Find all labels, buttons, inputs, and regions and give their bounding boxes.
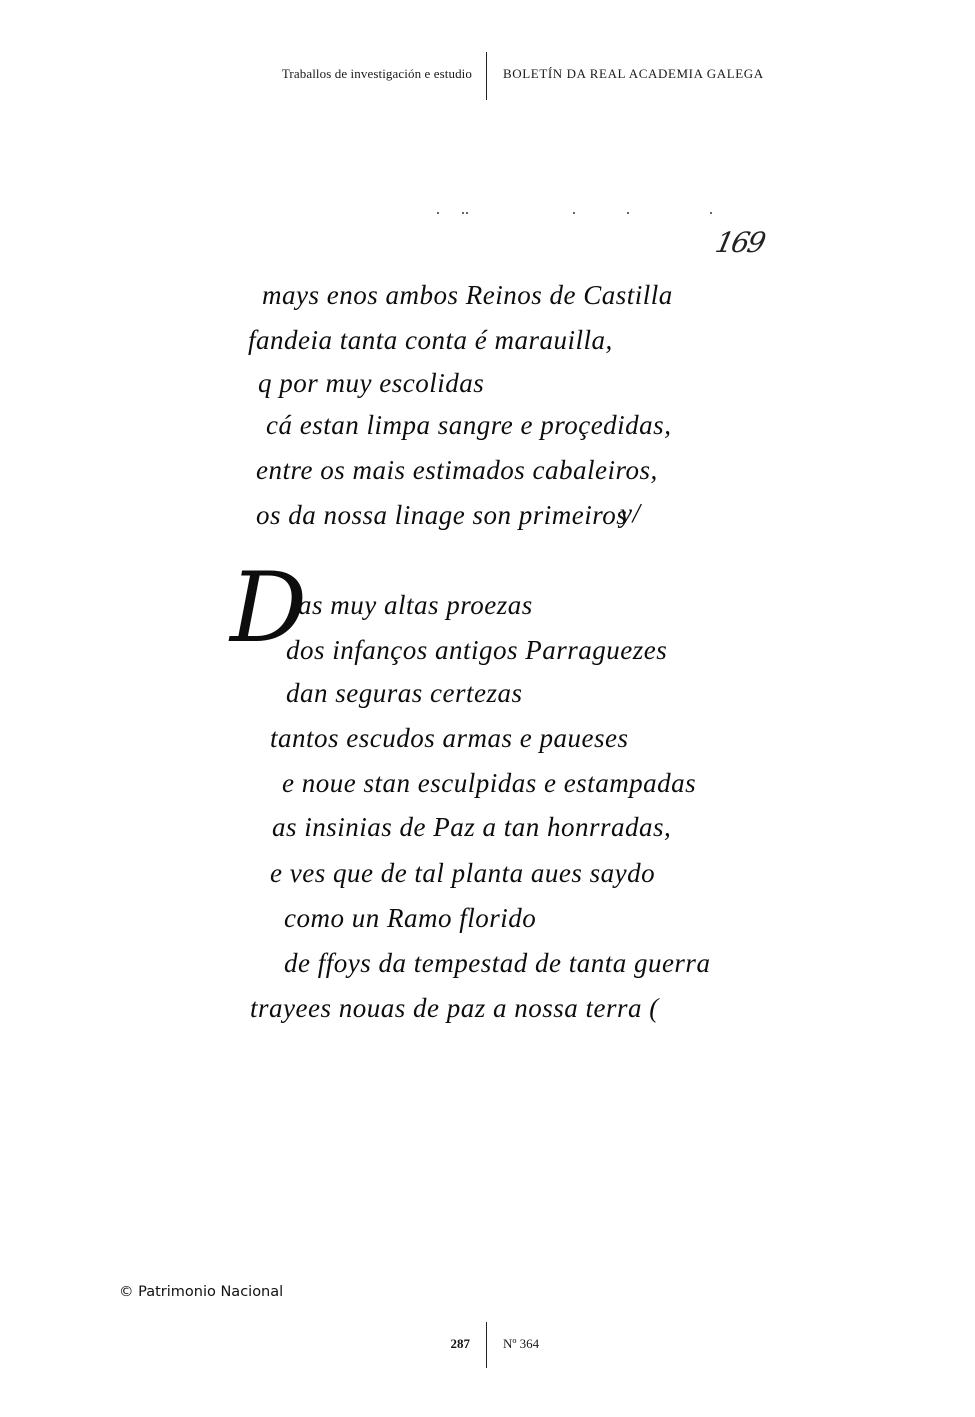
image-credit: © Patrimonio Nacional xyxy=(119,1284,283,1300)
issue-number: Nº 364 xyxy=(503,1336,539,1352)
folio-number: 169 xyxy=(712,226,766,259)
manuscript-line: os da nossa linage son primeiros xyxy=(256,500,627,531)
manuscript-line: cá estan limpa sangre e proçedidas, xyxy=(266,410,671,441)
manuscript-line: trayees nouas de paz a nossa terra ( xyxy=(250,993,659,1024)
manuscript-line: mays enos ambos Reinos de Castilla xyxy=(262,280,673,311)
manuscript-line: tantos escudos armas e paueses xyxy=(270,723,628,754)
manuscript-line: e ves que de tal planta aues saydo xyxy=(270,858,655,889)
manuscript-facsimile: 169 mays enos ambos Reinos de Castilla f… xyxy=(0,0,975,1100)
page-number: 287 xyxy=(451,1336,471,1352)
manuscript-line: as insinias de Paz a tan honrradas, xyxy=(272,812,671,843)
manuscript-line: dos infanços antigos Parraguezes xyxy=(286,635,667,666)
manuscript-line: q por muy escolidas xyxy=(258,368,484,399)
manuscript-line: fandeia tanta conta é marauilla, xyxy=(248,325,613,356)
manuscript-end-mark: y/ xyxy=(620,498,641,529)
manuscript-line: as muy altas proezas xyxy=(298,590,533,621)
manuscript-line: e noue stan esculpidas e estampadas xyxy=(282,768,696,799)
manuscript-line: dan seguras certezas xyxy=(286,678,522,709)
running-footer: 287 Nº 364 xyxy=(0,1322,975,1370)
manuscript-line: entre os mais estimados cabaleiros, xyxy=(256,455,658,486)
manuscript-line: de ffoys da tempestad de tanta guerra xyxy=(284,948,710,979)
manuscript-line: como un Ramo florido xyxy=(284,903,536,934)
footer-divider xyxy=(486,1322,487,1368)
